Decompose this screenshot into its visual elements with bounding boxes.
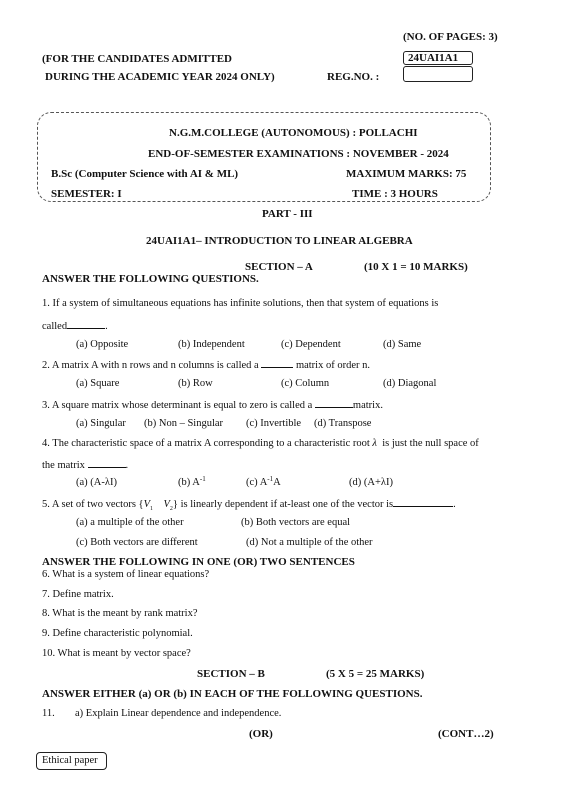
q3-option-c: (c) Invertible xyxy=(246,418,301,429)
candidates-line-2: DURING THE ACADEMIC YEAR 2024 ONLY) xyxy=(45,71,275,83)
answer-blank xyxy=(315,398,353,408)
course-code: 24UAI1A1 xyxy=(408,52,458,64)
q5-option-d: (d) Not a multiple of the other xyxy=(246,537,373,548)
q4-prefix: 4. The characteristic space of a matrix … xyxy=(42,438,370,449)
question-11-number: 11. xyxy=(42,708,55,719)
section-b-instruction: ANSWER EITHER (a) OR (b) IN EACH OF THE … xyxy=(42,688,422,700)
q4-option-c: (c) A-1A xyxy=(246,477,281,488)
question-8: 8. What is the meant by rank matrix? xyxy=(42,608,198,619)
q3-option-d: (d) Transpose xyxy=(314,418,371,429)
exam-title: END-OF-SEMESTER EXAMINATIONS : NOVEMBER … xyxy=(148,148,449,160)
ethical-paper-tag: Ethical paper xyxy=(36,752,107,770)
q1-suffix: . xyxy=(105,321,108,332)
q4-option-b-sup: -1 xyxy=(200,475,206,483)
lambda-symbol: λ xyxy=(372,438,377,449)
programme: B.Sc (Computer Science with AI & ML) xyxy=(51,168,238,180)
q4-option-c-text: (c) A xyxy=(246,477,267,488)
q1-option-a: (a) Opposite xyxy=(76,339,128,350)
q5-suffix: . xyxy=(453,499,456,510)
or-label: (OR) xyxy=(249,728,273,740)
section-a-marks: (10 X 1 = 10 MARKS) xyxy=(364,261,468,273)
q5-prefix: 5. A set of two vectors { xyxy=(42,499,144,510)
q3-option-a: (a) Singular xyxy=(76,418,126,429)
answer-blank xyxy=(88,458,126,468)
answer-blank xyxy=(393,497,453,507)
candidates-line-1: (FOR THE CANDIDATES ADMITTED xyxy=(42,53,232,65)
reg-no-field[interactable] xyxy=(403,66,473,82)
q1-option-b: (b) Independent xyxy=(178,339,245,350)
q5-option-c: (c) Both vectors are different xyxy=(76,537,198,548)
question-10: 10. What is meant by vector space? xyxy=(42,648,191,659)
vector-v1-sub: 1 xyxy=(150,506,153,512)
course-code-box: 24UAI1A1 xyxy=(403,51,473,65)
ethical-paper-label: Ethical paper xyxy=(42,755,98,766)
q4-option-a: (a) (A-λI) xyxy=(76,477,117,488)
question-6: 6. What is a system of linear equations? xyxy=(42,569,209,580)
section-b-marks: (5 X 5 = 25 MARKS) xyxy=(326,668,424,680)
q5-option-b: (b) Both vectors are equal xyxy=(241,517,350,528)
q1-option-c: (c) Dependent xyxy=(281,339,341,350)
q3-option-b: (b) Non – Singular xyxy=(144,418,223,429)
semester: SEMESTER: I xyxy=(51,188,122,200)
q2-option-d: (d) Diagonal xyxy=(383,378,436,389)
continued-label: (CONT…2) xyxy=(438,728,494,740)
question-11a: a) Explain Linear dependence and indepen… xyxy=(75,708,281,719)
q4-option-c-tail: A xyxy=(273,477,281,488)
short-answer-instruction: ANSWER THE FOLLOWING IN ONE (OR) TWO SEN… xyxy=(42,556,355,568)
question-2: 2. A matrix A with n rows and n columns … xyxy=(42,358,370,371)
q3-prefix: 3. A square matrix whose determinant is … xyxy=(42,400,312,411)
q5-option-a: (a) a multiple of the other xyxy=(76,517,184,528)
subject-title: 24UAI1A1– INTRODUCTION TO LINEAR ALGEBRA xyxy=(146,235,413,247)
q4-option-b: (b) A-1 xyxy=(178,477,206,488)
q4-suffix: is just the null space of xyxy=(382,438,479,449)
part-label: PART - III xyxy=(262,208,313,220)
exam-time: TIME : 3 HOURS xyxy=(352,188,438,200)
section-a-instruction: ANSWER THE FOLLOWING QUESTIONS. xyxy=(42,273,259,285)
q1-prefix: called xyxy=(42,321,67,332)
college-name: N.G.M.COLLEGE (AUTONOMOUS) : POLLACHI xyxy=(169,127,418,139)
q2-option-b: (b) Row xyxy=(178,378,213,389)
question-4: 4. The characteristic space of a matrix … xyxy=(42,438,479,449)
q2-prefix: 2. A matrix A with n rows and n columns … xyxy=(42,360,259,371)
question-5: 5. A set of two vectors {V1 V2} is linea… xyxy=(42,497,456,512)
question-3: 3. A square matrix whose determinant is … xyxy=(42,398,383,411)
max-marks: MAXIMUM MARKS: 75 xyxy=(346,168,466,180)
question-1: 1. If a system of simultaneous equations… xyxy=(42,298,438,309)
q2-option-a: (a) Square xyxy=(76,378,119,389)
section-a-title: SECTION – A xyxy=(245,261,313,273)
section-b-title: SECTION – B xyxy=(197,668,265,680)
q2-option-c: (c) Column xyxy=(281,378,329,389)
question-9: 9. Define characteristic polynomial. xyxy=(42,628,193,639)
answer-blank xyxy=(261,358,293,368)
page-count: (NO. OF PAGES: 3) xyxy=(403,31,498,43)
q4-line2-prefix: the matrix xyxy=(42,460,85,471)
q1-option-d: (d) Same xyxy=(383,339,421,350)
question-7: 7. Define matrix. xyxy=(42,589,114,600)
question-4-line2: the matrix . xyxy=(42,458,128,471)
q4-option-d: (d) (A+λI) xyxy=(349,477,393,488)
question-1-line2: called. xyxy=(42,319,108,332)
q4-option-b-text: (b) A xyxy=(178,477,200,488)
q5-mid: } is linearly dependent if at-least one … xyxy=(173,499,393,510)
q3-suffix: matrix. xyxy=(353,400,383,411)
q2-suffix: matrix of order n. xyxy=(296,360,370,371)
reg-no-label: REG.NO. : xyxy=(327,71,379,83)
answer-blank xyxy=(67,319,105,329)
q4-line2-suffix: . xyxy=(126,460,129,471)
